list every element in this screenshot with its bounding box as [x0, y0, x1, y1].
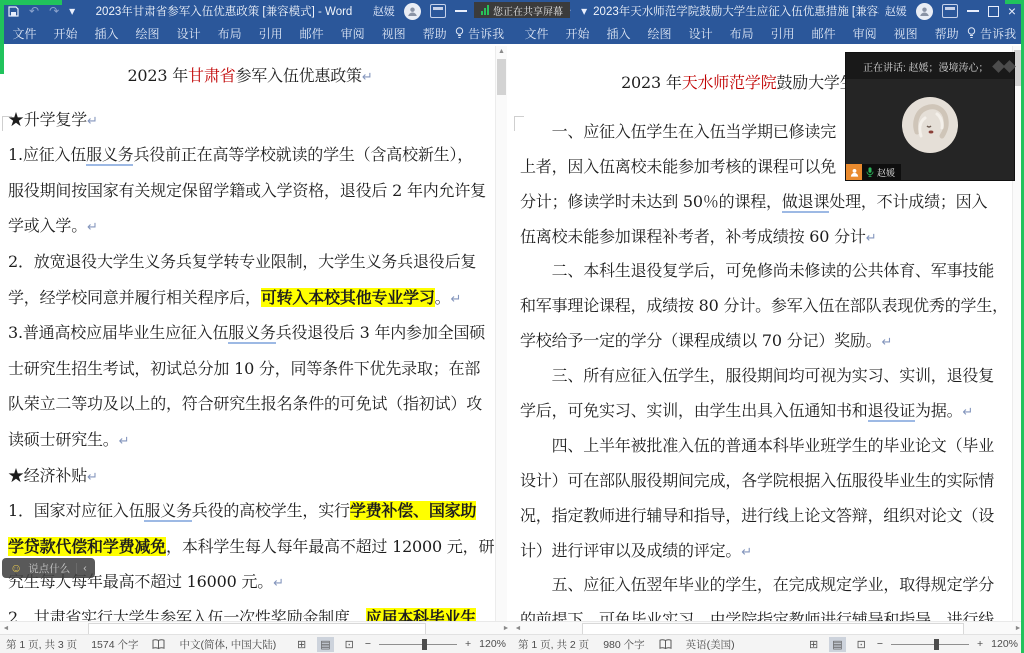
share-border-top-left [0, 0, 62, 5]
meeting-video-tile[interactable]: 赵媛 [846, 79, 1014, 180]
ribbon-tab-1[interactable]: 开始 [45, 25, 86, 42]
text-segment: 学或入学。 [8, 216, 87, 235]
collapse-icon[interactable]: ‹ [83, 562, 87, 574]
paragraph-mark: ↵ [87, 114, 98, 129]
text-segment: 学，经学校同意并履行相关程序后， [8, 288, 261, 307]
meeting-speaker-bar: 正在讲话: 赵媛；漫境涛心； [846, 53, 1014, 79]
doc-line: 四、上半年被批准入伍的普通本科毕业班学生的毕业论文（毕业 [520, 429, 1004, 464]
tell-me-control[interactable]: 告诉我 [967, 25, 1016, 42]
ribbon-tab-9[interactable]: 视图 [373, 25, 414, 42]
doc-line: 2023 年甘肃省参军入伍优惠政策↵ [8, 58, 492, 94]
meeting-video-overlay[interactable]: 正在讲话: 赵媛；漫境涛心； 赵媛 [846, 53, 1014, 180]
print-layout-icon[interactable]: ▤ [829, 637, 845, 652]
text-segment: 队荣立二等功及以上的，符合研究生报名条件的可免试（指初试）攻 [8, 394, 482, 413]
proofing-icon[interactable] [152, 639, 165, 650]
ribbon-tab-6[interactable]: 引用 [250, 25, 291, 42]
ribbon-tab-8[interactable]: 审阅 [844, 25, 885, 42]
text-segment: 兵役前正在高等学校就读的学生（含高校新生）， [133, 145, 473, 164]
account-name[interactable]: 赵媛 [373, 3, 395, 19]
minimize-button[interactable] [967, 10, 979, 12]
text-segment: ★经济补贴 [8, 466, 87, 485]
language-indicator[interactable]: 中文(简体, 中国大陆) [179, 637, 276, 652]
zoom-slider[interactable] [891, 644, 969, 645]
text-segment: 上者，因入伍离校未能参加考核的课程可以免 [520, 157, 836, 176]
ribbon-tab-5[interactable]: 布局 [721, 25, 762, 42]
text-segment: 天水师范学院 [682, 73, 777, 92]
text-segment: 为据。 [915, 401, 962, 420]
ribbon-tab-8[interactable]: 审阅 [332, 25, 373, 42]
participant-avatar [901, 96, 959, 154]
doc-line: 伍离校未能参加课程补考者，补考成绩按 60 分计↵ [520, 220, 1004, 255]
participant-name-badge: 赵媛 [846, 164, 901, 180]
page-indicator[interactable]: 第 1 页, 共 3 页 [6, 637, 77, 652]
paragraph-mark: ↵ [882, 335, 893, 350]
text-segment: 四、上半年被批准入伍的普通本科毕业班学生的毕业论文（毕业 [520, 436, 994, 455]
vertical-scroll-thumb[interactable] [1014, 50, 1021, 86]
text-segment: 应届本科毕业生 [366, 608, 477, 622]
word-count[interactable]: 1574 个字 [91, 637, 138, 652]
web-layout-icon[interactable]: ⊡ [854, 637, 869, 652]
doc-line: 设计）可在部队服役期间完成，各学院根据入伍服役毕业生的实际情 [520, 464, 1004, 499]
microphone-icon [866, 167, 874, 177]
doc-line: 和军事理论课程，成绩按 80 分计。参军入伍在部队表现优秀的学生， [520, 289, 1004, 324]
text-segment: 3.普通高校应届毕业生应征入伍 [8, 323, 228, 342]
page-indicator[interactable]: 第 1 页, 共 2 页 [518, 637, 589, 652]
status-bar: 第 1 页, 共 3 页 1574 个字 中文(简体, 中国大陆) ⊞ ▤ ⊡ … [0, 634, 512, 653]
doc-line: ★升学复学↵ [8, 102, 492, 138]
read-mode-icon[interactable]: ⊞ [806, 637, 821, 652]
minimize-button[interactable] [455, 10, 467, 12]
text-segment: 做退课 [782, 192, 829, 213]
paragraph-mark: ↵ [87, 470, 98, 485]
account-avatar-icon[interactable] [916, 3, 933, 20]
doc-line: 2．放宽退役大学生义务兵复学转专业限制，大学生义务兵退役后复 [8, 244, 492, 280]
web-layout-icon[interactable]: ⊡ [342, 637, 357, 652]
doc-line: 学或入学。↵ [8, 208, 492, 244]
text-segment: 2023 年 [127, 66, 188, 85]
ribbon-tabs: 文件开始插入绘图设计布局引用邮件审阅视图帮助 [4, 25, 455, 42]
quick-access-toolbar: ↶ ↷ ▾ [0, 4, 81, 18]
account-name[interactable]: 赵媛 [885, 3, 907, 19]
ribbon-tab-0[interactable]: 文件 [4, 25, 45, 42]
doc-line: 学后，可免实习、实训，由学生出具入伍通知书和退役证为据。↵ [520, 394, 1004, 429]
divider [76, 563, 77, 574]
undo-icon[interactable]: ↶ [29, 4, 39, 18]
ribbon-tab-4[interactable]: 设计 [168, 25, 209, 42]
ribbon-tab-6[interactable]: 引用 [762, 25, 803, 42]
text-segment: 2．甘肃省实行大学生参军入伍一次性奖励金制度， [8, 608, 366, 622]
zoom-level[interactable]: 120% [479, 638, 506, 650]
text-segment: 处理，不计成绩；因入 [829, 192, 987, 211]
text-segment: 2023 年 [621, 73, 682, 92]
ribbon-tab-3[interactable]: 绘图 [127, 25, 168, 42]
paragraph-mark: ↵ [87, 220, 98, 235]
doc-line: 学校给予一定的学分（课程成绩以 70 分记）奖励。↵ [520, 324, 1004, 359]
doc-line: 分计；修读学时未达到 50％的课程，做退课处理，不计成绩；因入 [520, 185, 1004, 220]
text-segment: 学校给予一定的学分（课程成绩以 70 分记）奖励。 [520, 331, 882, 350]
text-segment: 学后，可免实习、实训，由学生出具入伍通知书和 [520, 401, 868, 420]
text-segment: 甘肃省 [188, 66, 235, 85]
zoom-slider-thumb[interactable] [934, 639, 939, 650]
lightbulb-icon [967, 27, 976, 39]
text-segment: 计）进行评审以及成绩的评定。 [520, 541, 741, 560]
word-window-left: ↶ ↷ ▾ 2023年甘肃省参军入伍优惠政策 [兼容模式] - Word 赵媛 … [0, 0, 514, 653]
doc-line: 1．国家对应征入伍服义务兵役的高校学生，实行学费补偿、国家助 [8, 493, 492, 529]
restore-button[interactable] [988, 6, 999, 17]
ribbon-tab-bar: 文件开始插入绘图设计布局引用邮件审阅视图帮助 告诉我 [512, 22, 1024, 46]
text-segment: 退役证 [868, 401, 915, 422]
text-segment: 况，指定教师进行辅导和指导，进行线上论文答辩，组织对论文（设 [520, 506, 994, 525]
text-segment: 1.应征入伍 [8, 145, 86, 164]
zoom-slider[interactable] [379, 644, 457, 645]
ribbon-tab-7[interactable]: 邮件 [803, 25, 844, 42]
meeting-logo-icon [994, 62, 1014, 71]
text-segment: ，本科学生每人每年最高不超过 12000 元，研 [166, 537, 494, 556]
chat-placeholder[interactable]: 说点什么 [28, 561, 70, 576]
lightbulb-icon [455, 27, 464, 39]
doc-line: 1.应征入伍服义务兵役前正在高等学校就读的学生（含高校新生）， [8, 137, 492, 173]
doc-line: 二、本科生退役复学后，可免修尚未修读的公共体育、军事技能 [520, 254, 1004, 289]
zoom-level[interactable]: 120% [991, 638, 1018, 650]
text-segment: 和军事理论课程，成绩按 80 分计。参军入伍在部队表现优秀的学生， [520, 296, 1008, 315]
vertical-scrollbar[interactable]: ▲ [495, 46, 507, 622]
text-segment: 三、所有应征入伍学生，服役期间均可视为实习、实训，退役复 [520, 366, 994, 385]
status-bar: 第 1 页, 共 2 页 980 个字 英语(美国) ⊞ ▤ ⊡ − + 120… [512, 634, 1024, 653]
speaking-label: 正在讲话: 赵媛；漫境涛心； [863, 59, 989, 74]
print-layout-icon[interactable]: ▤ [317, 637, 333, 652]
doc-line: 服役期间按国家有关规定保留学籍或入学资格，退役后 2 年内允许复 [8, 173, 492, 209]
word-count[interactable]: 980 个字 [603, 637, 644, 652]
ribbon-tab-2[interactable]: 插入 [598, 25, 639, 42]
ribbon-tab-1[interactable]: 开始 [557, 25, 598, 42]
zoom-out-icon[interactable]: − [365, 638, 371, 650]
chat-input-pill[interactable]: ☺ 说点什么 ‹ [2, 558, 95, 578]
emoji-icon[interactable]: ☺ [10, 561, 22, 575]
text-segment: 二、本科生退役复学后，可免修尚未修读的公共体育、军事技能 [520, 261, 994, 280]
doc-line: 士研究生招生考试，初试总分加 10 分，同等条件下优先录取；在部 [8, 351, 492, 387]
qat-more-icon[interactable]: ▾ [69, 4, 75, 18]
ribbon-tab-9[interactable]: 视图 [885, 25, 926, 42]
text-segment: ★升学复学 [8, 110, 87, 129]
text-segment: 五、应征入伍翌年毕业的学生，在完成规定学业，取得规定学分 [520, 575, 994, 594]
qat-more-icon[interactable]: ▾ [581, 4, 587, 18]
document-canvas[interactable]: 2023 年甘肃省参军入伍优惠政策↵★升学复学↵1.应征入伍服义务兵役前正在高等… [0, 44, 512, 622]
language-indicator[interactable]: 英语(美国) [686, 637, 735, 652]
text-segment: 服义务 [144, 501, 191, 522]
ribbon-tab-2[interactable]: 插入 [86, 25, 127, 42]
window-title: 2023年甘肃省参军入伍优惠政策 [兼容模式] - Word [81, 3, 367, 19]
doc-line: 五、应征入伍翌年毕业的学生，在完成规定学业，取得规定学分 [520, 568, 1004, 603]
signal-bars-icon [481, 5, 489, 15]
close-button[interactable]: × [1008, 4, 1016, 18]
screen-share-banner: 您正在共享屏幕 [474, 2, 570, 18]
text-segment: 学贷款代偿和学费减免 [8, 537, 166, 556]
document-text: 2023 年甘肃省参军入伍优惠政策↵★升学复学↵1.应征入伍服义务兵役前正在高等… [8, 44, 492, 622]
doc-line: 队荣立二等功及以上的，符合研究生报名条件的可免试（指初试）攻 [8, 386, 492, 422]
titlebar-controls: 赵媛 × [879, 3, 1024, 20]
doc-line: ★经济补贴↵ [8, 458, 492, 494]
horizontal-scrollbar[interactable]: ◄ ► [0, 621, 512, 635]
ribbon-tab-10[interactable]: 帮助 [414, 25, 455, 42]
tell-me-control[interactable]: 告诉我 [455, 25, 504, 42]
ribbon-tab-10[interactable]: 帮助 [926, 25, 967, 42]
paragraph-mark: ↵ [741, 545, 752, 560]
text-segment: 可转入本校其他专业学习 [261, 288, 435, 307]
presenter-icon [846, 164, 862, 180]
text-segment: 服义务 [86, 145, 133, 166]
text-segment: 学费补偿、国家助 [350, 501, 476, 520]
doc-line: 况，指定教师进行辅导和指导，进行线上论文答辩，组织对论文（设 [520, 499, 1004, 534]
account-avatar-icon[interactable] [404, 3, 421, 20]
doc-line: 2．甘肃省实行大学生参军入伍一次性奖励金制度，应届本科毕业生 [8, 600, 492, 622]
doc-line: 读硕士研究生。↵ [8, 422, 492, 458]
text-segment: 兵役退役后 3 年内参加全国硕 [276, 323, 485, 342]
paragraph-mark: ↵ [962, 405, 973, 420]
screen-share-banner-text: 您正在共享屏幕 [493, 3, 563, 18]
ribbon-display-options-icon[interactable] [942, 4, 958, 18]
titlebar: ↶ ↷ ▾ 2023年天水师范学院鼓励大学生应征入伍优惠措施 [兼容模式] - … [512, 0, 1024, 22]
proofing-icon[interactable] [659, 639, 672, 650]
text-segment: 一、应征入伍学生在入伍当学期已修读完 [520, 122, 836, 141]
ribbon-tab-3[interactable]: 绘图 [639, 25, 680, 42]
ribbon-tab-0[interactable]: 文件 [516, 25, 557, 42]
ribbon-tabs: 文件开始插入绘图设计布局引用邮件审阅视图帮助 [516, 25, 967, 42]
zoom-slider-thumb[interactable] [422, 639, 427, 650]
paragraph-mark: ↵ [119, 434, 130, 449]
text-segment: 分计；修读学时未达到 50％的课程， [520, 192, 782, 211]
ribbon-tab-bar: 文件开始插入绘图设计布局引用邮件审阅视图帮助 告诉我 [0, 22, 512, 46]
text-segment: 参军入伍优惠政策 [235, 66, 361, 85]
paragraph-mark: ↵ [362, 70, 373, 85]
vertical-scroll-thumb[interactable] [497, 59, 506, 95]
doc-line: 学，经学校同意并履行相关程序后，可转入本校其他专业学习。↵ [8, 280, 492, 316]
ribbon-tab-5[interactable]: 布局 [209, 25, 250, 42]
doc-line: 的前提下，可免毕业实习，由学院指定教师进行辅导和指导，进行线 [520, 603, 1004, 622]
doc-line: 计）进行评审以及成绩的评定。↵ [520, 534, 1004, 569]
zoom-out-icon[interactable]: − [877, 638, 883, 650]
doc-line: 三、所有应征入伍学生，服役期间均可视为实习、实训，退役复 [520, 359, 1004, 394]
paragraph-mark: ↵ [450, 292, 461, 307]
doc-line: 3.普通高校应届毕业生应征入伍服义务兵役退役后 3 年内参加全国硕 [8, 315, 492, 351]
text-segment: 。 [435, 288, 451, 307]
text-segment: 兵役的高校学生，实行 [192, 501, 350, 520]
window-title: 2023年天水师范学院鼓励大学生应征入伍优惠措施 [兼容模式] - Word [593, 3, 879, 19]
participant-name: 赵媛 [877, 166, 895, 179]
scroll-up-icon[interactable]: ▲ [496, 46, 507, 58]
share-border-left [0, 0, 4, 74]
text-segment: 士研究生招生考试，初试总分加 10 分，同等条件下优先录取；在部 [8, 359, 480, 378]
read-mode-icon[interactable]: ⊞ [294, 637, 309, 652]
ribbon-display-options-icon[interactable] [430, 4, 446, 18]
zoom-in-icon[interactable]: + [465, 638, 471, 650]
text-segment: 设计）可在部队服役期间完成，各学院根据入伍服役毕业生的实际情 [520, 471, 994, 490]
text-segment: 服役期间按国家有关规定保留学籍或入学资格，退役后 2 年内允许复 [8, 181, 486, 200]
redo-icon[interactable]: ↷ [49, 4, 59, 18]
text-segment: 伍离校未能参加课程补考者，补考成绩按 60 分计 [520, 227, 866, 246]
text-segment: 1．国家对应征入伍 [8, 501, 144, 520]
paragraph-mark: ↵ [273, 576, 284, 591]
ribbon-tab-7[interactable]: 邮件 [291, 25, 332, 42]
ribbon-tab-4[interactable]: 设计 [680, 25, 721, 42]
text-segment: 服义务 [228, 323, 275, 344]
text-segment: 读硕士研究生。 [8, 430, 119, 449]
titlebar: ↶ ↷ ▾ 2023年甘肃省参军入伍优惠政策 [兼容模式] - Word 赵媛 … [0, 0, 512, 22]
paragraph-mark: ↵ [866, 231, 877, 246]
save-icon[interactable] [8, 6, 19, 17]
text-segment: 2．放宽退役大学生义务兵复学转专业限制，大学生义务兵退役后复 [8, 252, 476, 271]
zoom-in-icon[interactable]: + [977, 638, 983, 650]
horizontal-scrollbar[interactable]: ◄ ► [512, 621, 1024, 635]
